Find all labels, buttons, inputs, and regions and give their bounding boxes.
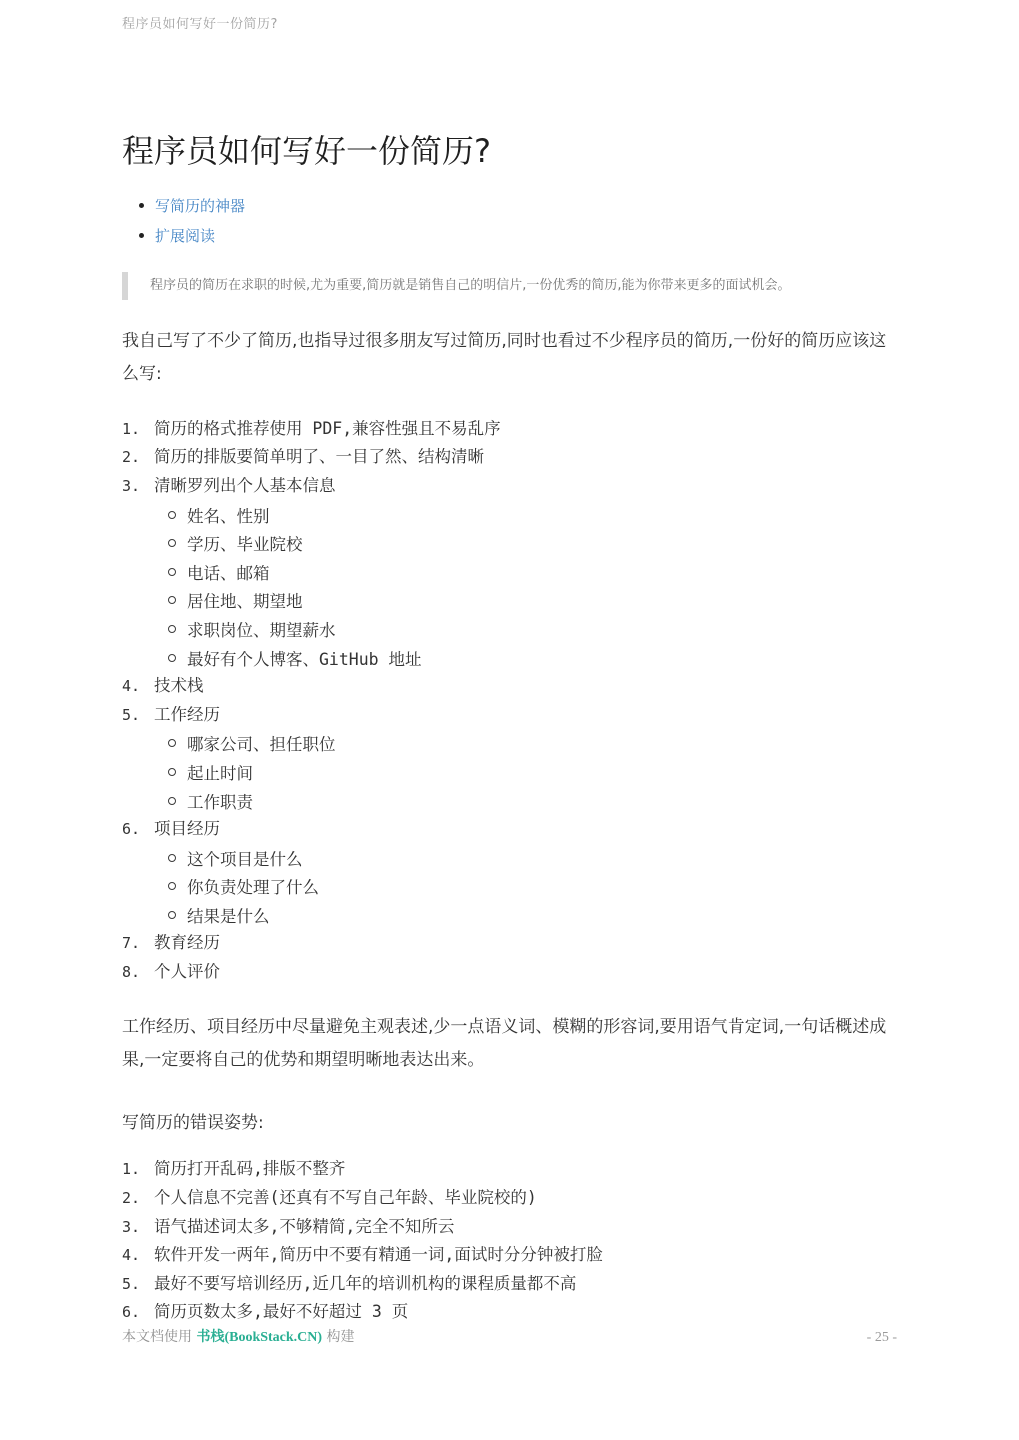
- sub-item-text: 求职岗位、期望薪水: [187, 617, 336, 641]
- sub-item-text: 你负责处理了什么: [187, 874, 319, 898]
- sub-list-item: 最好有个人博客、GitHub 地址: [122, 643, 900, 672]
- list-item-text: 语气描述词太多,不够精简,完全不知所云: [154, 1213, 454, 1242]
- article-content: 程序员如何写好一份简历? 写简历的神器 扩展阅读 程序员的简历在求职的时候,尤为…: [122, 0, 900, 1327]
- sub-item-text: 姓名、性别: [187, 503, 270, 527]
- circle-bullet-icon: [168, 539, 176, 547]
- list-item: 1. 简历打开乱码,排版不整齐: [122, 1155, 900, 1184]
- sub-item-text: 起止时间: [187, 760, 253, 784]
- blockquote-bar: [122, 272, 128, 300]
- list-item: 写简历的神器: [122, 191, 900, 221]
- sub-item-text: 居住地、期望地: [187, 588, 303, 612]
- page-footer: 本文档使用 书栈(BookStack.CN) 构建 - 25 -: [122, 1326, 897, 1346]
- page-number: - 25 -: [867, 1330, 897, 1346]
- circle-bullet-icon: [168, 911, 176, 919]
- sub-list-item: 结果是什么: [122, 901, 900, 930]
- footer-built-with: 本文档使用 书栈(BookStack.CN) 构建: [122, 1326, 355, 1346]
- list-item-text: 最好不要写培训经历,近几年的培训机构的课程质量都不高: [154, 1270, 576, 1299]
- sub-list-item: 工作职责: [122, 786, 900, 815]
- sub-list-item: 姓名、性别: [122, 500, 900, 529]
- list-item-text: 简历打开乱码,排版不整齐: [154, 1155, 345, 1184]
- list-marker: 2.: [122, 1184, 154, 1213]
- list-item-text: 软件开发一两年,简历中不要有精通一词,面试时分分钟被打脸: [154, 1241, 603, 1270]
- sub-list-item: 哪家公司、担任职位: [122, 729, 900, 758]
- circle-bullet-icon: [168, 511, 176, 519]
- list-marker: 1.: [122, 415, 154, 444]
- list-item: 5. 最好不要写培训经历,近几年的培训机构的课程质量都不高: [122, 1270, 900, 1299]
- circle-bullet-icon: [168, 625, 176, 633]
- list-item: 6. 项目经历: [122, 815, 900, 844]
- sub-list-item: 起止时间: [122, 758, 900, 787]
- list-marker: 4.: [122, 672, 154, 701]
- sub-list-item: 居住地、期望地: [122, 586, 900, 615]
- list-item-text: 项目经历: [154, 815, 220, 844]
- list-item-text: 工作经历: [154, 701, 220, 730]
- list-item: 3. 语气描述词太多,不够精简,完全不知所云: [122, 1213, 900, 1242]
- list-item: 2. 简历的排版要简单明了、一目了然、结构清晰: [122, 443, 900, 472]
- bullet-icon: [139, 203, 144, 208]
- circle-bullet-icon: [168, 882, 176, 890]
- list-marker: 3.: [122, 472, 154, 501]
- list-item: 7. 教育经历: [122, 929, 900, 958]
- mistakes-heading: 写简历的错误姿势:: [122, 1108, 900, 1133]
- advice-paragraph: 工作经历、项目经历中尽量避免主观表述,少一点语义词、模糊的形容词,要用语气肯定词…: [122, 1011, 900, 1077]
- circle-bullet-icon: [168, 739, 176, 747]
- list-marker: 2.: [122, 443, 154, 472]
- sub-item-text: 学历、毕业院校: [187, 531, 303, 555]
- link-resume-tool[interactable]: 写简历的神器: [155, 195, 245, 216]
- list-marker: 5.: [122, 1270, 154, 1299]
- list-item: 4. 软件开发一两年,简历中不要有精通一词,面试时分分钟被打脸: [122, 1241, 900, 1270]
- circle-bullet-icon: [168, 568, 176, 576]
- list-marker: 6.: [122, 815, 154, 844]
- list-item: 5. 工作经历: [122, 701, 900, 730]
- list-item: 8. 个人评价: [122, 958, 900, 987]
- list-item-text: 简历的格式推荐使用 PDF,兼容性强且不易乱序: [154, 415, 501, 444]
- list-marker: 4.: [122, 1241, 154, 1270]
- list-marker: 6.: [122, 1298, 154, 1327]
- sub-item-text: 结果是什么: [187, 903, 270, 927]
- circle-bullet-icon: [168, 854, 176, 862]
- sub-list-item: 这个项目是什么: [122, 844, 900, 873]
- blockquote-text: 程序员的简历在求职的时候,尤为重要,简历就是销售自己的明信片,一份优秀的简历,能…: [150, 272, 791, 300]
- list-item-text: 教育经历: [154, 929, 220, 958]
- circle-bullet-icon: [168, 797, 176, 805]
- bookstack-brand-link[interactable]: 书栈(BookStack.CN): [196, 1330, 322, 1345]
- sub-item-text: 哪家公司、担任职位: [187, 731, 336, 755]
- blockquote: 程序员的简历在求职的时候,尤为重要,简历就是销售自己的明信片,一份优秀的简历,能…: [122, 272, 900, 300]
- footer-prefix: 本文档使用: [122, 1329, 196, 1345]
- how-to-list: 1. 简历的格式推荐使用 PDF,兼容性强且不易乱序 2. 简历的排版要简单明了…: [122, 415, 900, 987]
- circle-bullet-icon: [168, 596, 176, 604]
- list-item: 6. 简历页数太多,最好不好超过 3 页: [122, 1298, 900, 1327]
- link-extended-reading[interactable]: 扩展阅读: [155, 225, 215, 246]
- list-item: 4. 技术栈: [122, 672, 900, 701]
- list-marker: 5.: [122, 701, 154, 730]
- intro-paragraph: 我自己写了不少了简历,也指导过很多朋友写过简历,同时也看过不少程序员的简历,一份…: [122, 325, 900, 391]
- sub-list-item: 学历、毕业院校: [122, 529, 900, 558]
- list-marker: 7.: [122, 929, 154, 958]
- list-item-text: 个人评价: [154, 958, 220, 987]
- list-item-text: 个人信息不完善(还真有不写自己年龄、毕业院校的): [154, 1184, 537, 1213]
- list-item-text: 清晰罗列出个人基本信息: [154, 472, 336, 501]
- list-item: 1. 简历的格式推荐使用 PDF,兼容性强且不易乱序: [122, 415, 900, 444]
- sub-item-text: 工作职责: [187, 789, 253, 813]
- circle-bullet-icon: [168, 654, 176, 662]
- list-item: 3. 清晰罗列出个人基本信息: [122, 472, 900, 501]
- list-item: 扩展阅读: [122, 221, 900, 251]
- list-item-text: 简历的排版要简单明了、一目了然、结构清晰: [154, 443, 484, 472]
- sub-item-text: 最好有个人博客、GitHub 地址: [187, 646, 422, 670]
- mistakes-list: 1. 简历打开乱码,排版不整齐 2. 个人信息不完善(还真有不写自己年龄、毕业院…: [122, 1155, 900, 1327]
- list-marker: 1.: [122, 1155, 154, 1184]
- page-title: 程序员如何写好一份简历?: [122, 131, 900, 173]
- list-item: 2. 个人信息不完善(还真有不写自己年龄、毕业院校的): [122, 1184, 900, 1213]
- list-marker: 8.: [122, 958, 154, 987]
- list-item-text: 简历页数太多,最好不好超过 3 页: [154, 1298, 408, 1327]
- list-marker: 3.: [122, 1213, 154, 1242]
- list-item-text: 技术栈: [154, 672, 204, 701]
- sub-list-item: 求职岗位、期望薪水: [122, 615, 900, 644]
- sub-list-item: 你负责处理了什么: [122, 872, 900, 901]
- sub-item-text: 这个项目是什么: [187, 846, 303, 870]
- toc-link-list: 写简历的神器 扩展阅读: [122, 191, 900, 251]
- footer-suffix: 构建: [322, 1329, 354, 1345]
- bullet-icon: [139, 233, 144, 238]
- sub-item-text: 电话、邮箱: [187, 560, 270, 584]
- circle-bullet-icon: [168, 768, 176, 776]
- sub-list-item: 电话、邮箱: [122, 558, 900, 587]
